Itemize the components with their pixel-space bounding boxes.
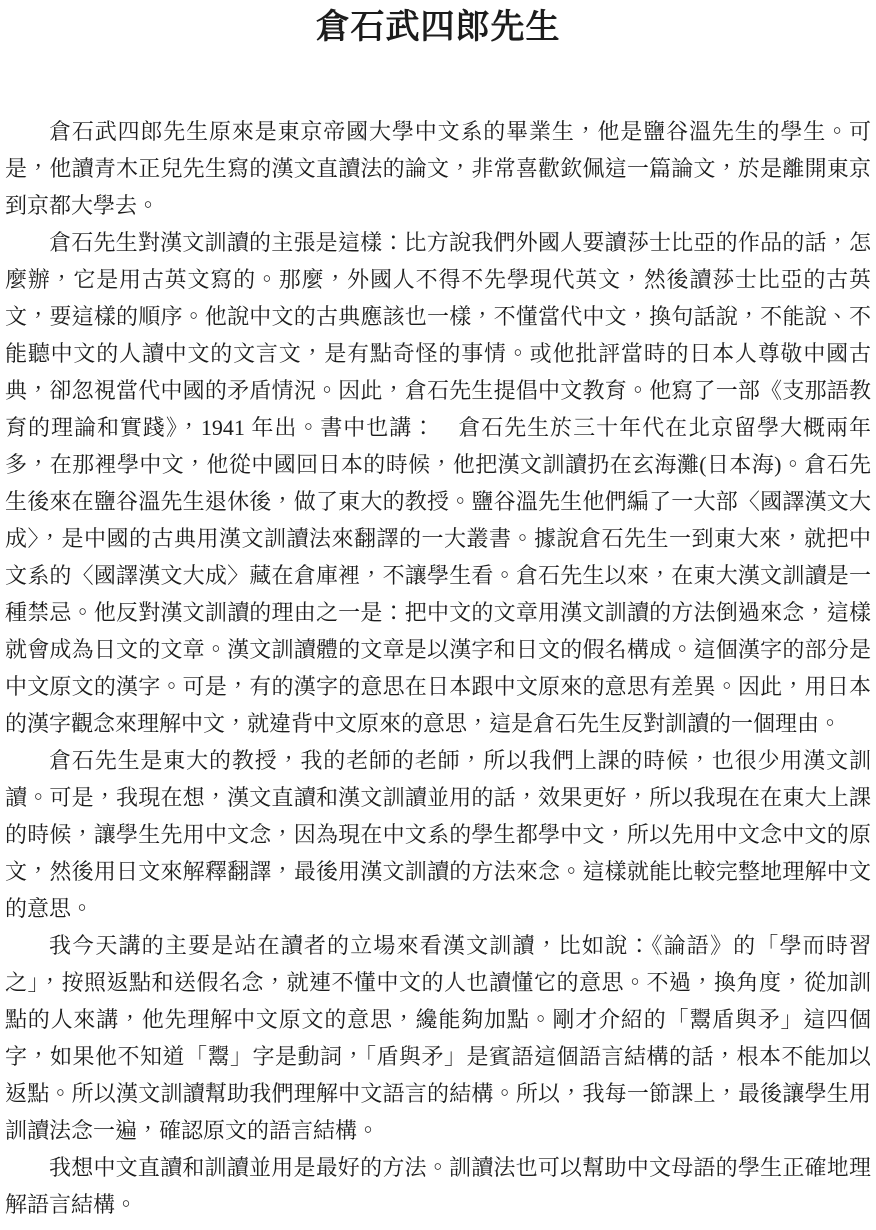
paragraph: 我今天講的主要是站在讀者的立場來看漢文訓讀，比如說：《論語》的「學而時習之」，按… (5, 927, 871, 1149)
paragraph: 倉石先生是東大的教授，我的老師的老師，所以我們上課的時候，也很少用漢文訓讀。可是… (5, 742, 871, 927)
paragraph: 倉石先生對漢文訓讀的主張是這樣：比方說我們外國人要讀莎士比亞的作品的話，怎麼辦，… (5, 224, 871, 742)
document-page: 倉石武四郎先生 倉石武四郎先生原來是東京帝國大學中文系的畢業生，他是鹽谷溫先生的… (0, 0, 876, 1230)
paragraph: 倉石武四郎先生原來是東京帝國大學中文系的畢業生，他是鹽谷溫先生的學生。可是，他讀… (5, 113, 871, 224)
paragraph: 我想中文直讀和訓讀並用是最好的方法。訓讀法也可以幫助中文母語的學生正確地理解語言… (5, 1149, 871, 1223)
document-title: 倉石武四郎先生 (0, 0, 876, 50)
document-body: 倉石武四郎先生原來是東京帝國大學中文系的畢業生，他是鹽谷溫先生的學生。可是，他讀… (0, 113, 876, 1223)
